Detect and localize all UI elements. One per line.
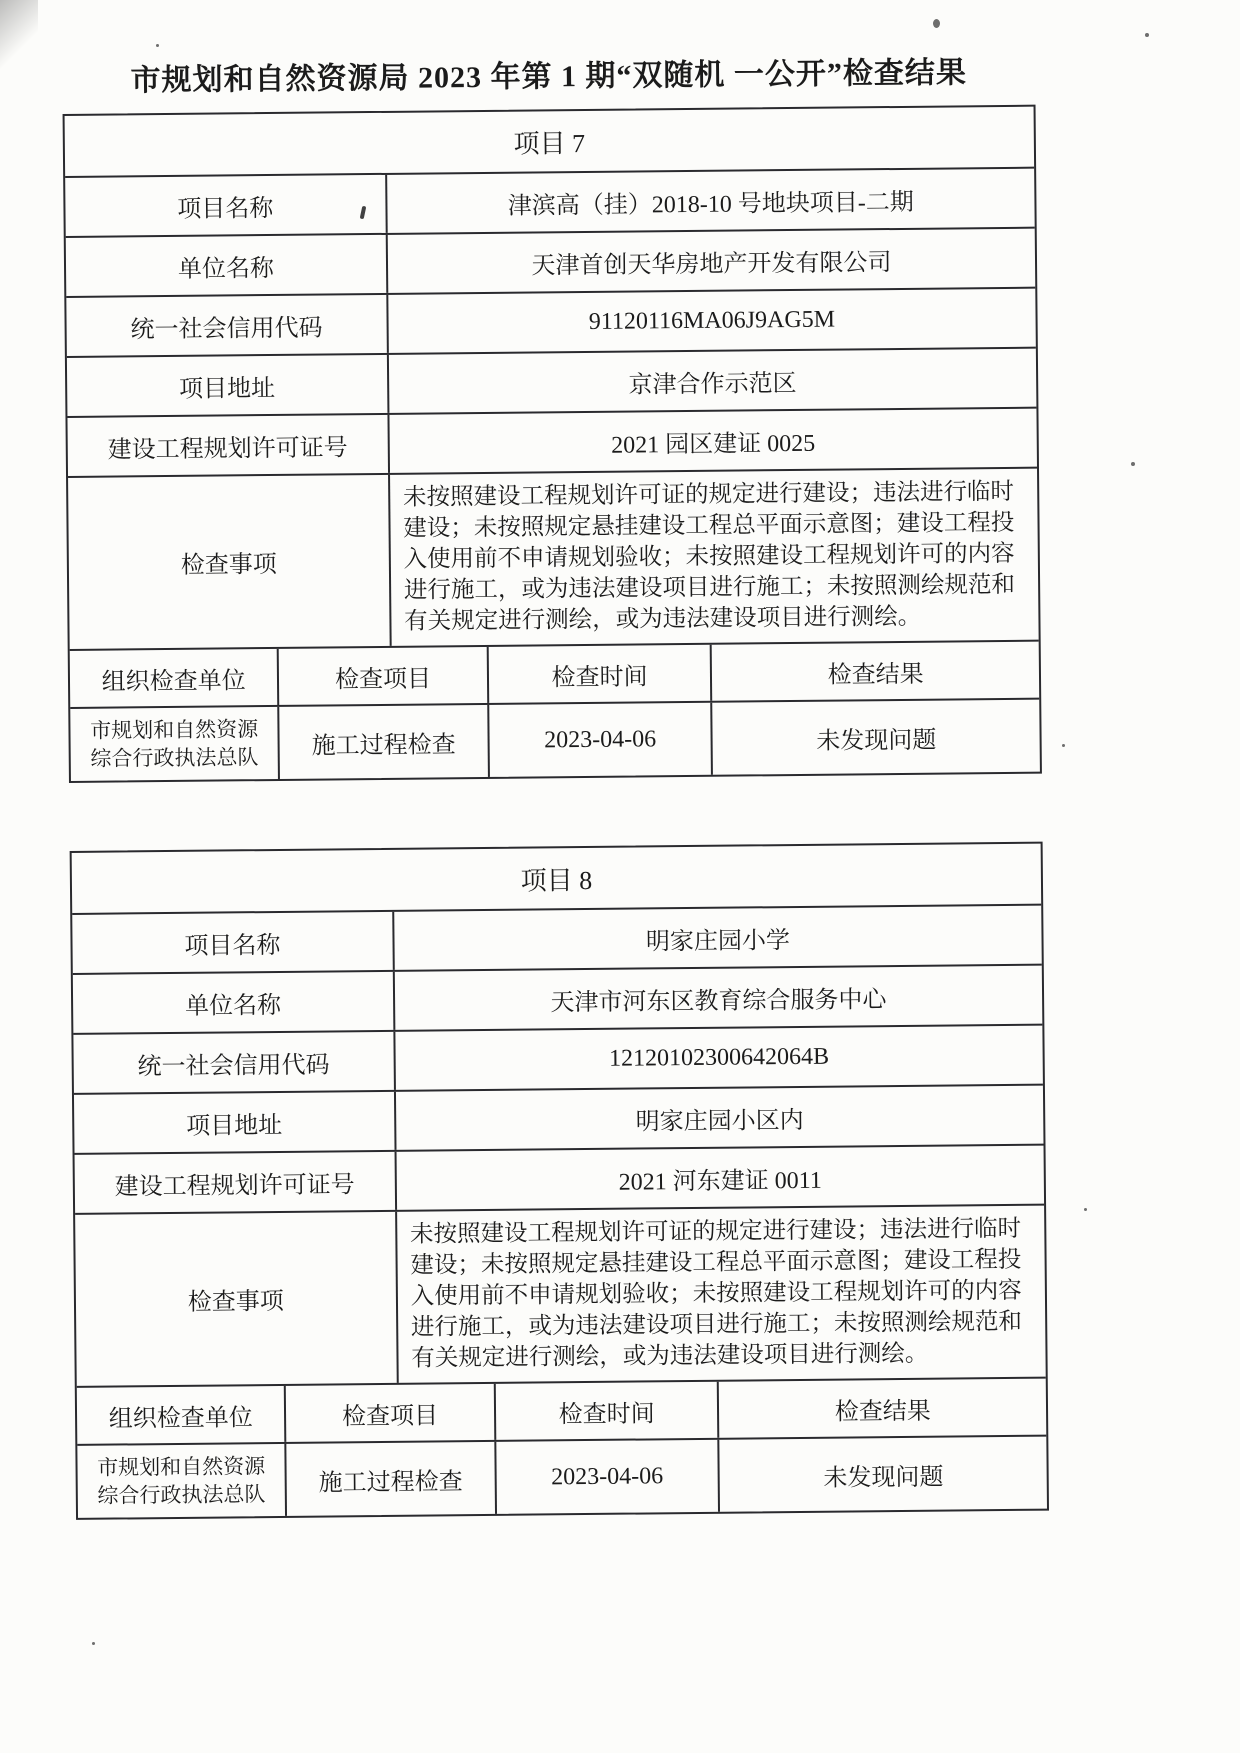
table-row: 统一社会信用代码 12120102300642064B bbox=[73, 1024, 1043, 1093]
project-8-header-row: 项目 8 bbox=[72, 844, 1042, 913]
scan-edge-shadow bbox=[0, 0, 38, 70]
project-8-table: 项目 8 项目名称 明家庄园小学 单位名称 天津市河东区教育综合服务中心 统一社… bbox=[70, 842, 1049, 1520]
field-value-unit-name: 天津首创天华房地产开发有限公司 bbox=[385, 229, 1035, 293]
field-value-unit-name: 天津市河东区教育综合服务中心 bbox=[393, 966, 1043, 1030]
scanned-document-page: 市规划和自然资源局 2023 年第 1 期“双随机 一公开”检查结果 项目 7 … bbox=[0, 0, 1240, 1753]
table-row: 建设工程规划许可证号 2021 河东建证 0011 bbox=[75, 1144, 1045, 1213]
field-label-inspection-items: 检查事项 bbox=[68, 475, 389, 649]
field-label-unit-name: 单位名称 bbox=[73, 972, 393, 1033]
field-label-credit-code: 统一社会信用代码 bbox=[73, 1032, 393, 1093]
table-row: 单位名称 天津市河东区教育综合服务中心 bbox=[73, 964, 1043, 1033]
field-value-inspection-items: 未按照建设工程规划许可证的规定进行建设；违法进行临时建设；未按照规定悬挂建设工程… bbox=[388, 469, 1039, 646]
result-header-org: 组织检查单位 bbox=[77, 1386, 285, 1444]
field-label-project-address: 项目地址 bbox=[74, 1092, 394, 1153]
field-label-permit-no: 建设工程规划许可证号 bbox=[75, 1152, 395, 1213]
document-content: 市规划和自然资源局 2023 年第 1 期“双随机 一公开”检查结果 项目 7 … bbox=[62, 47, 1049, 1520]
project-7-header-row: 项目 7 bbox=[65, 107, 1035, 176]
project-7-header: 项目 7 bbox=[65, 107, 1035, 176]
project-8-header: 项目 8 bbox=[72, 844, 1042, 913]
field-label-inspection-items: 检查事项 bbox=[75, 1212, 396, 1386]
field-value-credit-code: 12120102300642064B bbox=[393, 1026, 1043, 1090]
project-7-table: 项目 7 项目名称 津滨高（挂）2018-10 号地块项目-二期 单位名称 天津… bbox=[63, 105, 1042, 783]
result-header-time: 检查时间 bbox=[486, 645, 710, 703]
result-data-row: 市规划和自然资源综合行政执法总队 施工过程检查 2023-04-06 未发现问题 bbox=[70, 698, 1040, 781]
table-row: 项目名称 明家庄园小学 bbox=[72, 904, 1042, 973]
result-time: 2023-04-06 bbox=[487, 703, 712, 777]
result-time: 2023-04-06 bbox=[494, 1440, 719, 1514]
scan-speckle bbox=[92, 1642, 95, 1645]
field-label-credit-code: 统一社会信用代码 bbox=[66, 295, 386, 356]
scan-speckle bbox=[933, 19, 940, 28]
table-row: 项目地址 京津合作示范区 bbox=[67, 347, 1037, 416]
field-value-permit-no: 2021 河东建证 0011 bbox=[394, 1146, 1044, 1210]
result-header-time: 检查时间 bbox=[493, 1382, 717, 1440]
table-row: 检查事项 未按照建设工程规划许可证的规定进行建设；违法进行临时建设；未按照规定悬… bbox=[68, 467, 1039, 649]
result-result: 未发现问题 bbox=[718, 1437, 1047, 1512]
scan-speckle bbox=[1145, 33, 1149, 37]
document-title: 市规划和自然资源局 2023 年第 1 期“双随机 一公开”检查结果 bbox=[62, 47, 1035, 100]
result-org: 市规划和自然资源综合行政执法总队 bbox=[77, 1444, 285, 1518]
field-label-project-address: 项目地址 bbox=[67, 355, 387, 416]
field-value-credit-code: 91120116MA06J9AG5M bbox=[386, 289, 1036, 353]
table-row: 建设工程规划许可证号 2021 园区建证 0025 bbox=[67, 407, 1037, 476]
scan-speckle bbox=[1062, 744, 1065, 747]
scan-speckle bbox=[1131, 462, 1135, 466]
result-item: 施工过程检查 bbox=[285, 1442, 495, 1516]
result-result: 未发现问题 bbox=[711, 700, 1040, 775]
result-header-result: 检查结果 bbox=[710, 642, 1039, 701]
result-data-row: 市规划和自然资源综合行政执法总队 施工过程检查 2023-04-06 未发现问题 bbox=[77, 1435, 1047, 1518]
field-value-inspection-items: 未按照建设工程规划许可证的规定进行建设；违法进行临时建设；未按照规定悬挂建设工程… bbox=[395, 1206, 1046, 1383]
result-org: 市规划和自然资源综合行政执法总队 bbox=[70, 707, 278, 781]
field-value-permit-no: 2021 园区建证 0025 bbox=[387, 409, 1037, 473]
table-gap bbox=[69, 774, 1043, 851]
result-header-item: 检查项目 bbox=[277, 647, 487, 705]
result-header-row: 组织检查单位 检查项目 检查时间 检查结果 bbox=[77, 1377, 1047, 1444]
scan-speckle bbox=[156, 44, 159, 47]
field-value-project-name: 津滨高（挂）2018-10 号地块项目-二期 bbox=[385, 169, 1035, 233]
field-label-permit-no: 建设工程规划许可证号 bbox=[67, 415, 387, 476]
field-label-project-name: 项目名称 bbox=[65, 175, 385, 236]
table-row: 检查事项 未按照建设工程规划许可证的规定进行建设；违法进行临时建设；未按照规定悬… bbox=[75, 1204, 1046, 1386]
field-value-project-name: 明家庄园小学 bbox=[392, 906, 1042, 970]
field-value-project-address: 京津合作示范区 bbox=[387, 349, 1037, 413]
field-value-project-address: 明家庄园小区内 bbox=[394, 1086, 1044, 1150]
result-header-org: 组织检查单位 bbox=[70, 649, 278, 707]
scan-speckle bbox=[1084, 1208, 1087, 1211]
field-label-project-name: 项目名称 bbox=[72, 912, 392, 973]
field-label-unit-name: 单位名称 bbox=[66, 235, 386, 296]
table-row: 单位名称 天津首创天华房地产开发有限公司 bbox=[66, 227, 1036, 296]
result-item: 施工过程检查 bbox=[278, 705, 488, 779]
result-header-result: 检查结果 bbox=[717, 1379, 1046, 1438]
table-row: 统一社会信用代码 91120116MA06J9AG5M bbox=[66, 287, 1036, 356]
table-row: 项目名称 津滨高（挂）2018-10 号地块项目-二期 bbox=[65, 167, 1035, 236]
table-row: 项目地址 明家庄园小区内 bbox=[74, 1084, 1044, 1153]
result-header-item: 检查项目 bbox=[284, 1384, 494, 1442]
result-header-row: 组织检查单位 检查项目 检查时间 检查结果 bbox=[70, 640, 1040, 707]
